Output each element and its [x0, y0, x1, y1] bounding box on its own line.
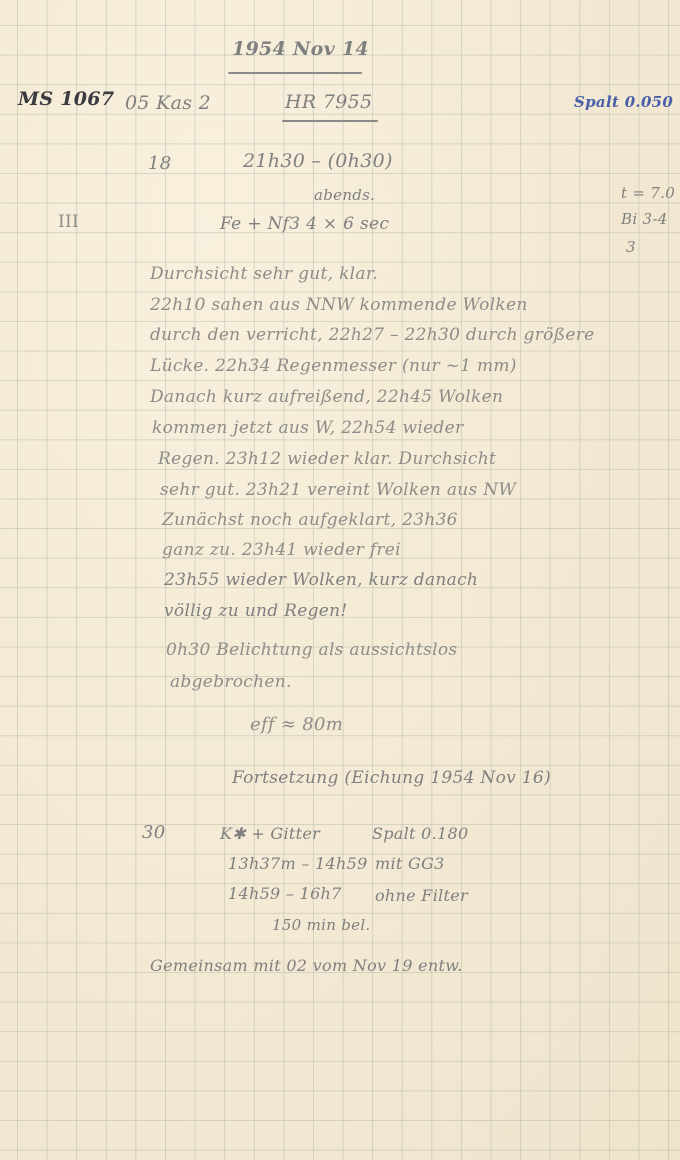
log-line: 22h10 sahen aus NNW kommende Wolken [150, 297, 528, 314]
entry2-line1-right: Spalt 0.180 [372, 826, 468, 842]
footer-note: Gemeinsam mit 02 vom Nov 19 entw. [150, 958, 463, 974]
log-line: völlig zu und Regen! [164, 603, 348, 620]
entry1-note: abends. [314, 188, 375, 203]
slit-width: Spalt 0.050 [574, 95, 673, 110]
log-line: sehr gut. 23h21 vereint Wolken aus NW [160, 482, 516, 499]
entry1-side-note-2: Bi 3-4 [621, 212, 668, 227]
entry1-setup: Fe + Nf3 4 × 6 sec [220, 216, 389, 233]
entry1-number: 18 [148, 155, 172, 173]
log-line: kommen jetzt aus W, 22h54 wieder [152, 420, 463, 437]
log-line: Lücke. 22h34 Regenmesser (nur ~1 mm) [150, 358, 517, 375]
log-line: abgebrochen. [170, 674, 292, 691]
object-label: 05 Kas 2 [125, 94, 211, 113]
plate-id: MS 1067 [18, 90, 114, 109]
entry1-side-note-3: 3 [626, 240, 636, 255]
log-line: ganz zu. 23h41 wieder frei [162, 542, 401, 559]
entry1-side-note-1: t = 7.0 [621, 186, 675, 201]
page-date: 1954 Nov 14 [232, 40, 369, 59]
continuation-note: Fortsetzung (Eichung 1954 Nov 16) [232, 770, 551, 787]
star-id: HR 7955 [285, 93, 372, 112]
entry2-line2-right: mit GG3 [375, 856, 445, 872]
log-line: durch den verricht, 22h27 – 22h30 durch … [150, 327, 595, 344]
entry2-line3-left: 14h59 – 16h7 [228, 886, 342, 902]
date-underline [228, 72, 362, 74]
notebook-page: 1954 Nov 14 MS 1067 05 Kas 2 HR 7955 Spa… [0, 0, 680, 1160]
entry1-time-range: 21h30 – (0h30) [243, 152, 393, 171]
entry1-margin-mark: III [58, 214, 79, 231]
log-line: Durchsicht sehr gut, klar. [150, 266, 378, 283]
log-line: Regen. 23h12 wieder klar. Durchsicht [158, 451, 496, 468]
log-line: 0h30 Belichtung als aussichtslos [166, 642, 457, 659]
entry2-total: 150 min bel. [272, 918, 371, 933]
entry2-line1-left: K✱ + Gitter [220, 826, 320, 842]
entry2-line3-right: ohne Filter [375, 888, 468, 904]
log-line: Danach kurz aufreißend, 22h45 Wolken [150, 389, 503, 406]
effective-exposure: eff ≈ 80m [250, 716, 343, 734]
log-line: Zunächst noch aufgeklart, 23h36 [162, 512, 458, 529]
entry2-line2-left: 13h37m – 14h59 [228, 856, 368, 872]
entry2-number: 30 [142, 824, 166, 842]
log-line: 23h55 wieder Wolken, kurz danach [164, 572, 478, 589]
star-underline [282, 120, 378, 122]
